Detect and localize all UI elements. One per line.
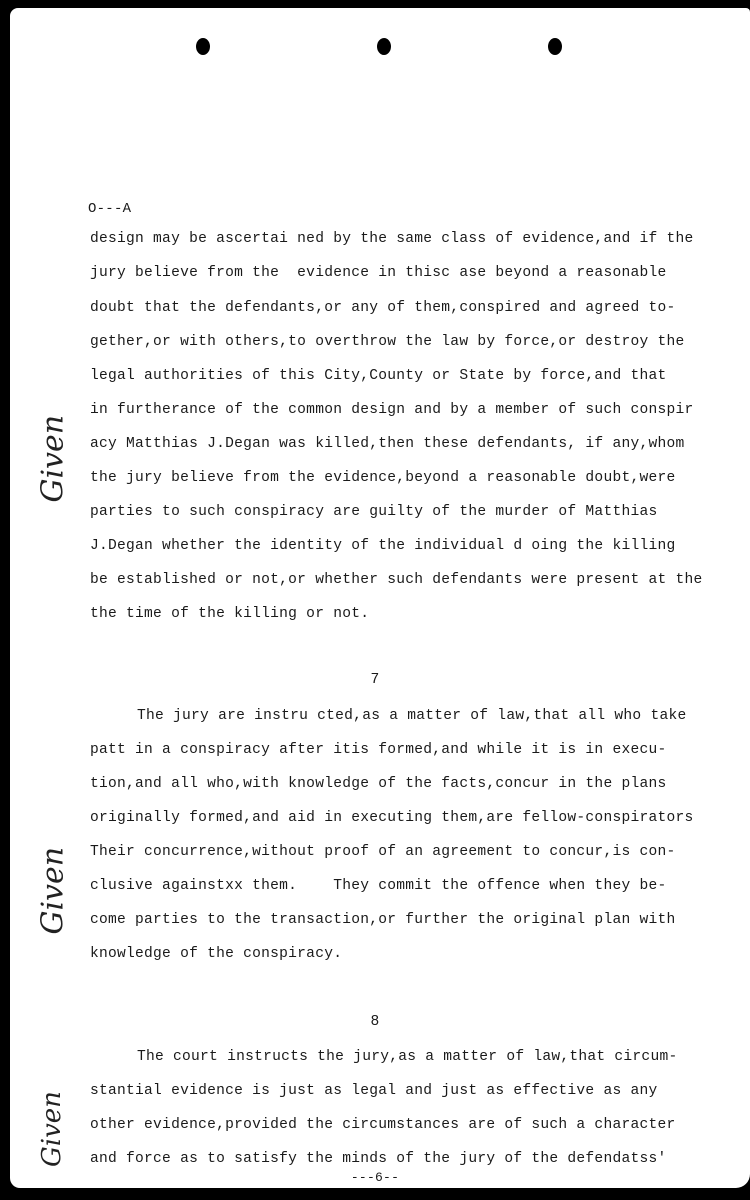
text-line: originally formed,and aid in executing t… [90,810,694,826]
punch-hole-left [196,38,210,55]
text-line: parties to such conspiracy are guilty of… [90,504,657,520]
punch-hole-right [548,38,562,55]
text-line: design may be ascertai ned by the same c… [90,231,694,247]
text-line: knowledge of the conspiracy. [90,946,342,962]
handwritten-note-given: Given [37,1087,67,1167]
text-line: Their concurrence,without proof of an ag… [90,844,676,860]
text-line: J.Degan whether the identity of the indi… [90,538,676,554]
text-line: The court instructs the jury,as a matter… [137,1049,677,1065]
text-line: clusive againstxx them. They commit the … [90,878,667,894]
document-page [10,8,750,1188]
text-line: doubt that the defendants,or any of them… [90,300,676,316]
text-line: jury believe from the evidence in thisc … [90,265,667,281]
text-line: and force as to satisfy the minds of the… [90,1151,667,1167]
text-line: other evidence,provided the circumstance… [90,1117,676,1133]
text-line: the time of the killing or not. [90,606,369,622]
page-header: O---A [88,201,131,217]
text-line: the jury believe from the evidence,beyon… [90,470,676,486]
handwritten-note-given: Given [36,413,71,503]
text-line: come parties to the transaction,or furth… [90,912,676,928]
punch-hole-center [377,38,391,55]
text-line: acy Matthias J.Degan was killed,then the… [90,436,685,452]
text-line: tion,and all who,with knowledge of the f… [90,776,667,792]
handwritten-note-given: Given [36,845,71,935]
text-line: stantial evidence is just as legal and j… [90,1083,657,1099]
page-footer: ---6-- [0,1170,750,1185]
text-line: legal authorities of this City,County or… [90,368,667,384]
section-number: 7 [0,672,750,688]
text-line: be established or not,or whether such de… [90,572,703,588]
text-line: The jury are instru cted,as a matter of … [137,708,686,724]
text-line: patt in a conspiracy after itis formed,a… [90,742,667,758]
section-number: 8 [0,1014,750,1030]
text-line: in furtherance of the common design and … [90,402,694,418]
text-line: gether,or with others,to overthrow the l… [90,334,685,350]
